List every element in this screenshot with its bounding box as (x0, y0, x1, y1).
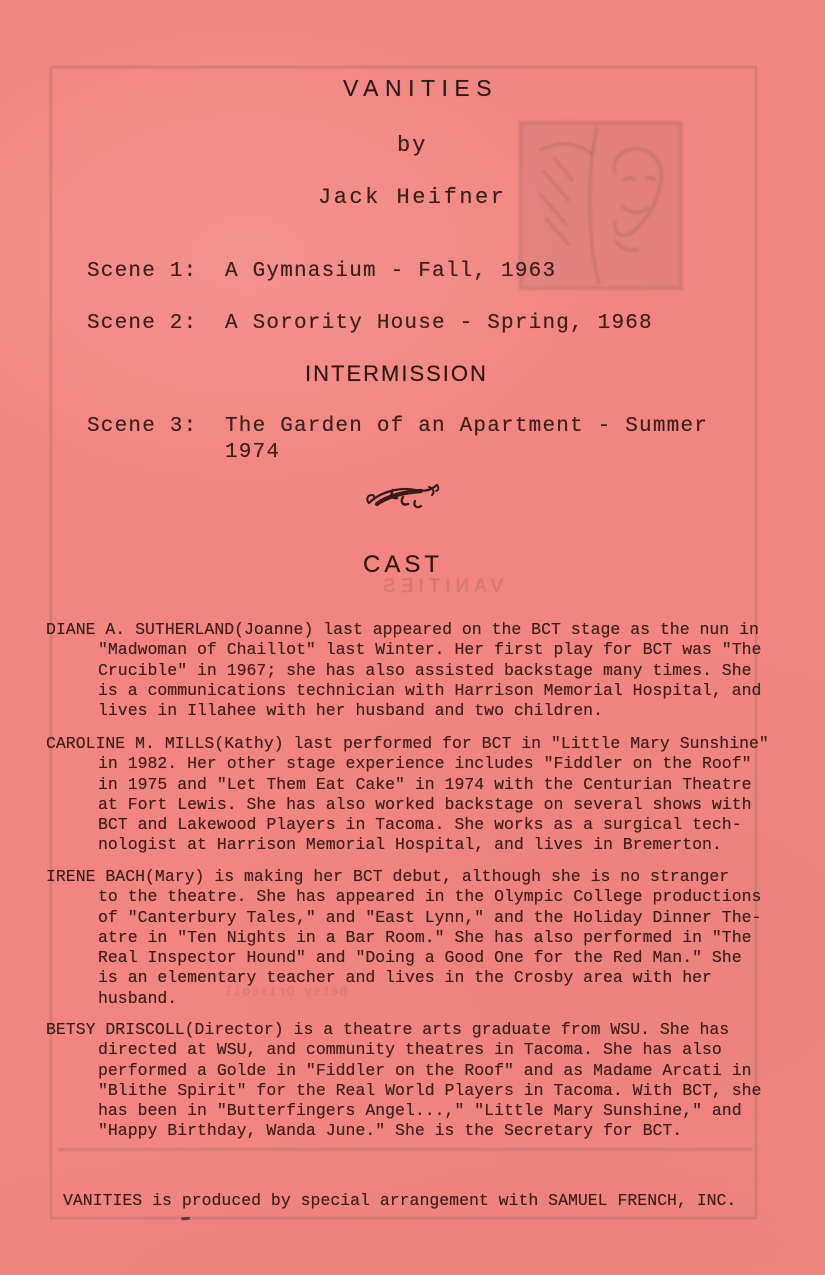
cast-bio-diane-sutherland: DIANE A. SUTHERLAND(Joanne) last appeare… (46, 620, 791, 721)
producer-credit: VANITIES is produced by special arrangem… (63, 1191, 736, 1210)
scene-description: A Gymnasium - Fall, 1963 (225, 259, 556, 285)
bio-line: BETSY DRISCOLL(Director) is a theatre ar… (46, 1020, 791, 1040)
bio-line: performed a Golde in "Fiddler on the Roo… (46, 1061, 791, 1081)
bio-line: has been in "Butterfingers Angel...," "L… (46, 1101, 791, 1121)
scene-label: Scene 1: (87, 259, 225, 285)
bio-line: in 1975 and "Let Them Eat Cake" in 1974 … (46, 775, 791, 795)
bio-line: at Fort Lewis. She has also worked backs… (46, 795, 791, 815)
scene-line: 1974 (225, 440, 708, 466)
cast-bio-caroline-mills: CAROLINE M. MILLS(Kathy) last performed … (46, 734, 791, 856)
scene-row-3: Scene 3: The Garden of an Apartment - Su… (87, 414, 708, 465)
bio-line: BCT and Lakewood Players in Tacoma. She … (46, 815, 791, 835)
scene-description: A Sorority House - Spring, 1968 (225, 311, 653, 337)
intermission-heading: INTERMISSION (305, 361, 488, 387)
scene-description: The Garden of an Apartment - Summer1974 (225, 414, 708, 465)
scene-row-2: Scene 2: A Sorority House - Spring, 1968 (87, 311, 653, 337)
author-name: Jack Heifner (318, 185, 506, 210)
bio-line: IRENE BACH(Mary) is making her BCT debut… (46, 867, 791, 887)
scene-label: Scene 3: (87, 414, 225, 465)
scene-line: The Garden of an Apartment - Summer (225, 414, 708, 440)
cast-bio-irene-bach: IRENE BACH(Mary) is making her BCT debut… (46, 867, 791, 1009)
bio-line: of "Canterbury Tales," and "East Lynn," … (46, 908, 791, 928)
bio-line: nologist at Harrison Memorial Hospital, … (46, 835, 791, 855)
bio-line: atre in "Ten Nights in a Bar Room." She … (46, 928, 791, 948)
bio-line: in 1982. Her other stage experience incl… (46, 754, 791, 774)
scene-line: A Gymnasium - Fall, 1963 (225, 259, 556, 285)
bio-line: is a communications technician with Harr… (46, 681, 791, 701)
bio-line: "Madwoman of Chaillot" last Winter. Her … (46, 640, 791, 660)
byline: by (397, 133, 427, 158)
bio-line: to the theatre. She has appeared in the … (46, 887, 791, 907)
scene-line: A Sorority House - Spring, 1968 (225, 311, 653, 337)
cast-bio-betsy-driscoll: BETSY DRISCOLL(Director) is a theatre ar… (46, 1020, 791, 1142)
bio-line: DIANE A. SUTHERLAND(Joanne) last appeare… (46, 620, 791, 640)
cast-heading: CAST (363, 551, 443, 579)
bio-line: directed at WSU, and community theatres … (46, 1040, 791, 1060)
bio-line: Crucible" in 1967; she has also assisted… (46, 661, 791, 681)
stray-ink-mark (181, 1217, 190, 1221)
page-title: VANITIES (343, 75, 498, 102)
bio-line: "Blithe Spirit" for the Real World Playe… (46, 1081, 791, 1101)
bio-line: is an elementary teacher and lives in th… (46, 968, 791, 988)
bio-line: "Happy Birthday, Wanda June." She is the… (46, 1121, 791, 1141)
bio-line: lives in Illahee with her husband and tw… (46, 701, 791, 721)
bleedthrough-mirrored-title: VANITIES (378, 576, 503, 598)
scene-row-1: Scene 1: A Gymnasium - Fall, 1963 (87, 259, 556, 285)
bio-line: Real Inspector Hound" and "Doing a Good … (46, 948, 791, 968)
flourish-ornament-icon (363, 479, 441, 515)
bio-line: CAROLINE M. MILLS(Kathy) last performed … (46, 734, 791, 754)
bio-line: husband. (46, 989, 791, 1009)
scene-label: Scene 2: (87, 311, 225, 337)
theatre-program-page: VANITIES Betsy Driscoll VANITIES by Jack… (0, 0, 825, 1275)
bleedthrough-rule (58, 1148, 752, 1151)
